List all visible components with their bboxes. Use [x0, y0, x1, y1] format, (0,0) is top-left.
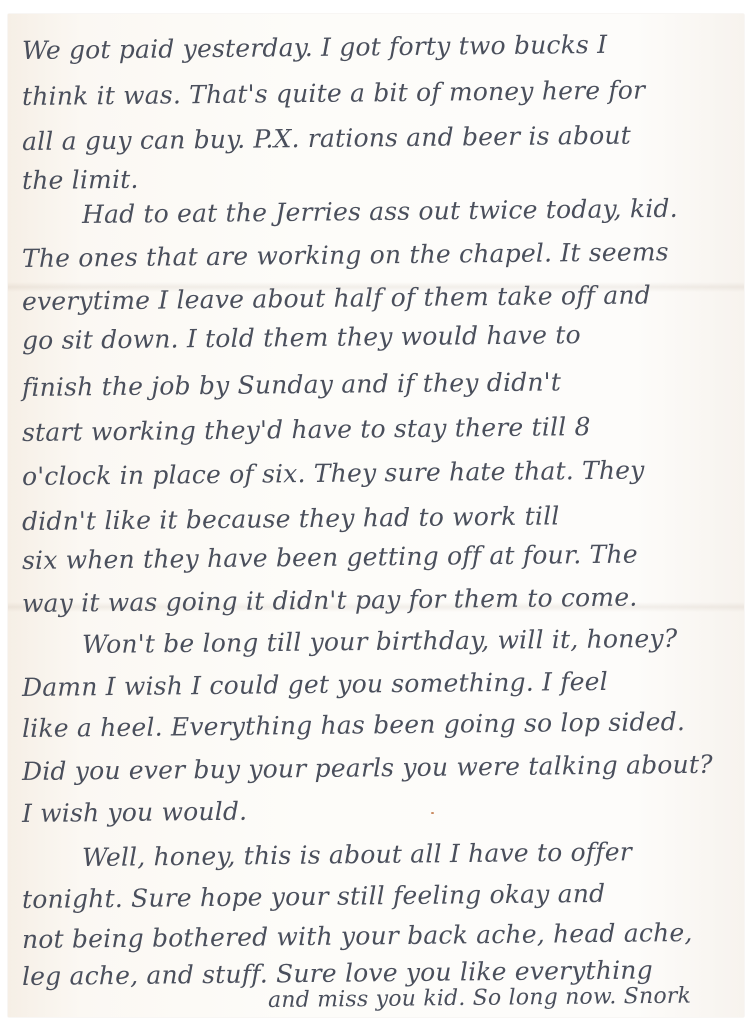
letter-line: We got paid yesterday. I got forty two b… — [22, 30, 608, 65]
letter-line: didn't like it because they had to work … — [22, 501, 560, 536]
ink-speck — [431, 812, 434, 814]
letter-line: go sit down. I told them they would have… — [22, 320, 581, 355]
letter-line: Damn I wish I could get you something. I… — [22, 667, 608, 702]
letter-line: tonight. Sure hope your still feeling ok… — [22, 879, 606, 914]
letter-line: the limit. — [22, 165, 139, 195]
letter-line: I wish you would. — [22, 797, 248, 828]
letter-line: finish the job by Sunday and if they did… — [22, 367, 561, 402]
letter-line: start working they'd have to stay there … — [22, 412, 591, 447]
letter-signoff: and miss you kid. So long now. Snork — [268, 984, 691, 1013]
letter-line: Well, honey, this is about all I have to… — [82, 837, 632, 872]
